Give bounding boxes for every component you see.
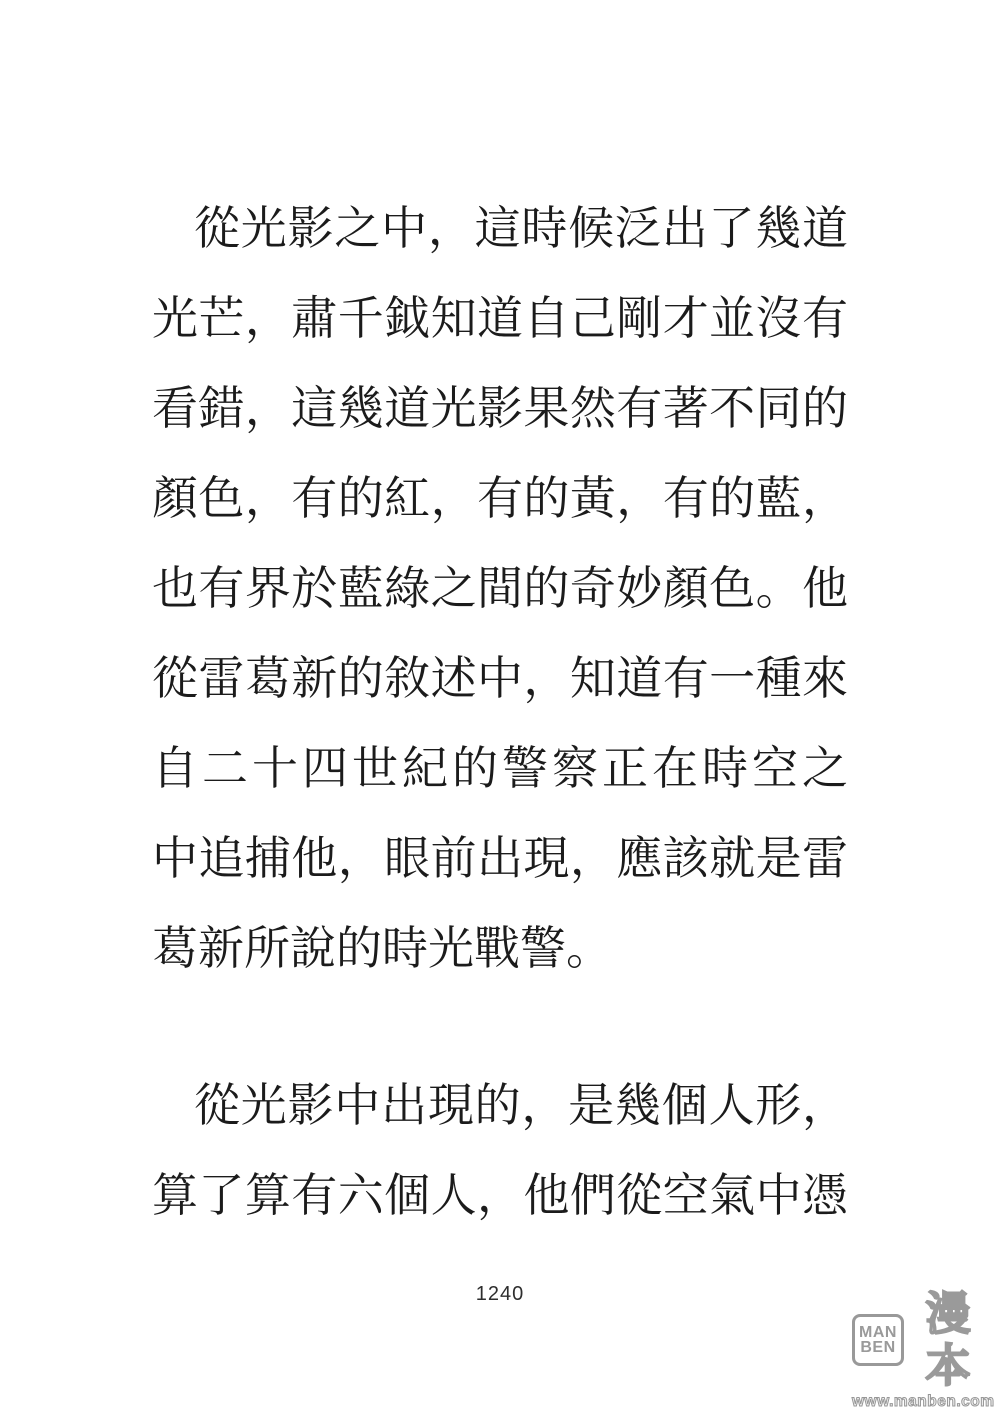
manben-logo-text-bottom: BEN <box>860 1340 895 1355</box>
text-line: 從雷葛新的敘述中，知道有一種來 <box>152 633 848 723</box>
manben-watermark: MAN BEN 漫本 www.manben.com <box>852 1288 992 1411</box>
manben-logo-icon: MAN BEN <box>852 1314 904 1366</box>
text-line: 葛新所說的時光戰警。 <box>152 903 848 993</box>
text-line: 顏色，有的紅，有的黃，有的藍， <box>152 453 848 543</box>
text-line: 光芒，肅千鉞知道自己剛才並沒有 <box>152 273 848 363</box>
text-line: 看錯，這幾道光影果然有著不同的 <box>152 363 848 453</box>
text-line: 算了算有六個人，他們從空氣中憑 <box>152 1150 848 1240</box>
manben-brand-hanzi: 漫本 <box>904 1288 992 1392</box>
page-number: 1240 <box>0 1283 1000 1306</box>
text-line: 也有界於藍綠之間的奇妙顏色。他 <box>152 543 848 633</box>
text-line: 中追捕他，眼前出現，應該就是雷 <box>152 813 848 903</box>
paragraph: 從光影中出現的，是幾個人形， 算了算有六個人，他們從空氣中憑 <box>152 1060 848 1240</box>
page-text: 從光影之中，這時候泛出了幾道 光芒，肅千鉞知道自己剛才並沒有 看錯，這幾道光影果… <box>152 183 848 1240</box>
manben-logo-text-top: MAN <box>859 1325 897 1340</box>
text-line: 自二十四世紀的警察正在時空之 <box>152 723 848 813</box>
manben-url: www.manben.com <box>852 1393 992 1411</box>
manben-logo-row: MAN BEN 漫本 <box>852 1288 992 1392</box>
paragraph: 從光影之中，這時候泛出了幾道 光芒，肅千鉞知道自己剛才並沒有 看錯，這幾道光影果… <box>152 183 848 993</box>
text-line: 從光影之中，這時候泛出了幾道 <box>152 183 848 273</box>
book-page: 從光影之中，這時候泛出了幾道 光芒，肅千鉞知道自己剛才並沒有 看錯，這幾道光影果… <box>0 0 1000 1414</box>
text-line: 從光影中出現的，是幾個人形， <box>152 1060 848 1150</box>
